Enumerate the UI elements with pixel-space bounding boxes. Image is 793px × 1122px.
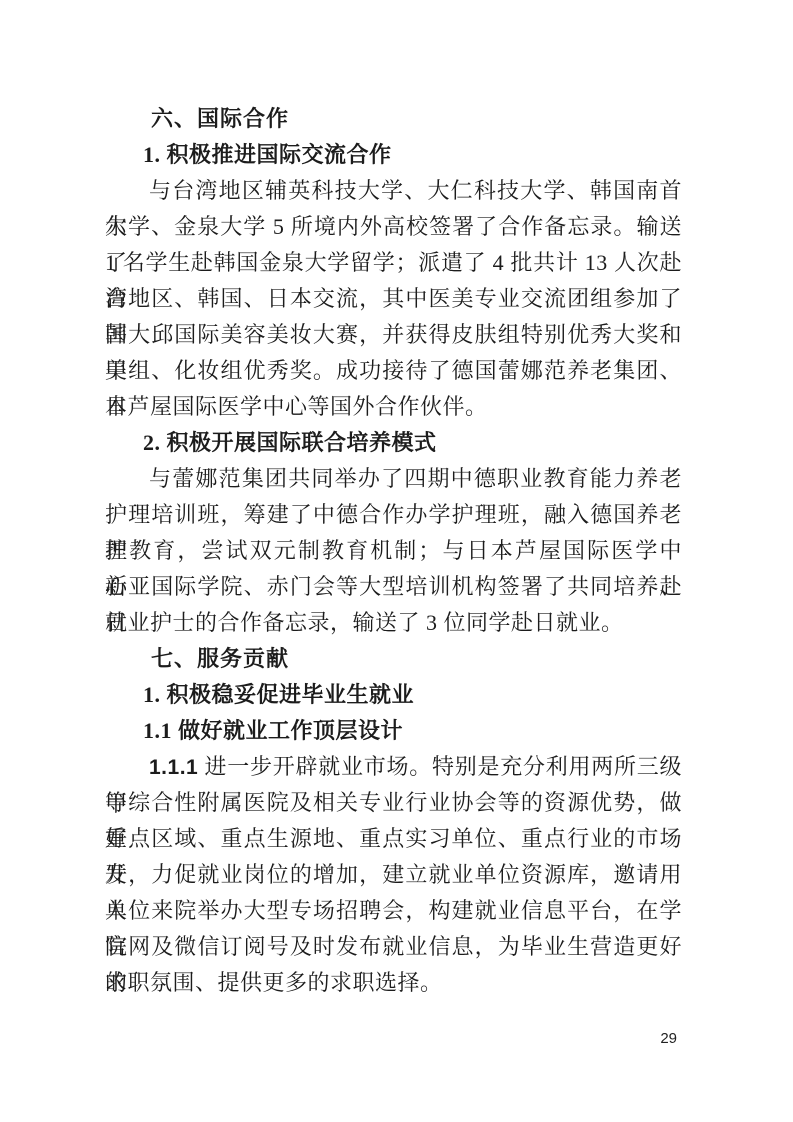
section-heading: 六、国际合作: [105, 101, 682, 137]
sub-heading: 2. 积极开展国际联合培养模式: [105, 425, 682, 461]
paragraph-line: 与台湾地区辅英科技大学、大仁科技大学、韩国南首尔: [105, 173, 682, 209]
page-footer: 29: [105, 1030, 677, 1047]
section-heading: 七、服务贡献: [105, 641, 682, 677]
sub-heading: 1. 积极稳妥促进毕业生就业: [105, 677, 682, 713]
paragraph-line: 护理培训班，筹建了中德合作办学护理班，融入德国养老护: [105, 497, 682, 533]
paragraph-line: 重点区域、重点生源地、重点实习单位、重点行业的市场开: [105, 821, 682, 857]
sub-heading: 1.1 做好就业工作顶层设计: [105, 713, 682, 749]
paragraph-line: 单位来院举办大型专场招聘会，构建就业信息平台，在学院: [105, 893, 682, 929]
paragraph-line: 本芦屋国际医学中心等国外合作伙伴。: [105, 389, 682, 425]
paragraph-line: 新亚国际学院、赤门会等大型培训机构签署了共同培养赴日: [105, 569, 682, 605]
document-page: 六、国际合作1. 积极推进国际交流合作与台湾地区辅英科技大学、大仁科技大学、韩国…: [0, 0, 793, 1122]
paragraph-line: 1.1.1 进一步开辟就业市场。特别是充分利用两所三级甲: [105, 749, 682, 785]
paragraph-line: 理教育，尝试双元制教育机制；与日本芦屋国际医学中心、: [105, 533, 682, 569]
paragraph-line: 等综合性附属医院及相关专业行业协会等的资源优势，做好: [105, 785, 682, 821]
paragraph-line: 甲组、化妆组优秀奖。成功接待了德国蕾娜范养老集团、日: [105, 353, 682, 389]
paragraph-line: 就业护士的合作备忘录，输送了 3 位同学赴日就业。: [105, 605, 682, 641]
paragraph-line: 发，力促就业岗位的增加，建立就业单位资源库，邀请用人: [105, 857, 682, 893]
page-number: 29: [660, 1030, 677, 1047]
document-content: 六、国际合作1. 积极推进国际交流合作与台湾地区辅英科技大学、大仁科技大学、韩国…: [105, 101, 682, 1001]
clause-number: 1.1.1: [149, 756, 198, 779]
paragraph-line: 官网及微信订阅号及时发布就业信息，为毕业生营造更好的: [105, 929, 682, 965]
paragraph-line: 湾地区、韩国、日本交流，其中医美专业交流团组参加了韩: [105, 281, 682, 317]
paragraph-line: 1 名学生赴韩国金泉大学留学；派遣了 4 批共计 13 人次赴台: [105, 245, 682, 281]
paragraph-line: 求职氛围、提供更多的求职选择。: [105, 965, 682, 1001]
paragraph-line: 大学、金泉大学 5 所境内外高校签署了合作备忘录。输送了: [105, 209, 682, 245]
sub-heading: 1. 积极推进国际交流合作: [105, 137, 682, 173]
paragraph-line: 与蕾娜范集团共同举办了四期中德职业教育能力养老: [105, 461, 682, 497]
paragraph-line: 国大邱国际美容美妆大赛，并获得皮肤组特别优秀大奖和美: [105, 317, 682, 353]
